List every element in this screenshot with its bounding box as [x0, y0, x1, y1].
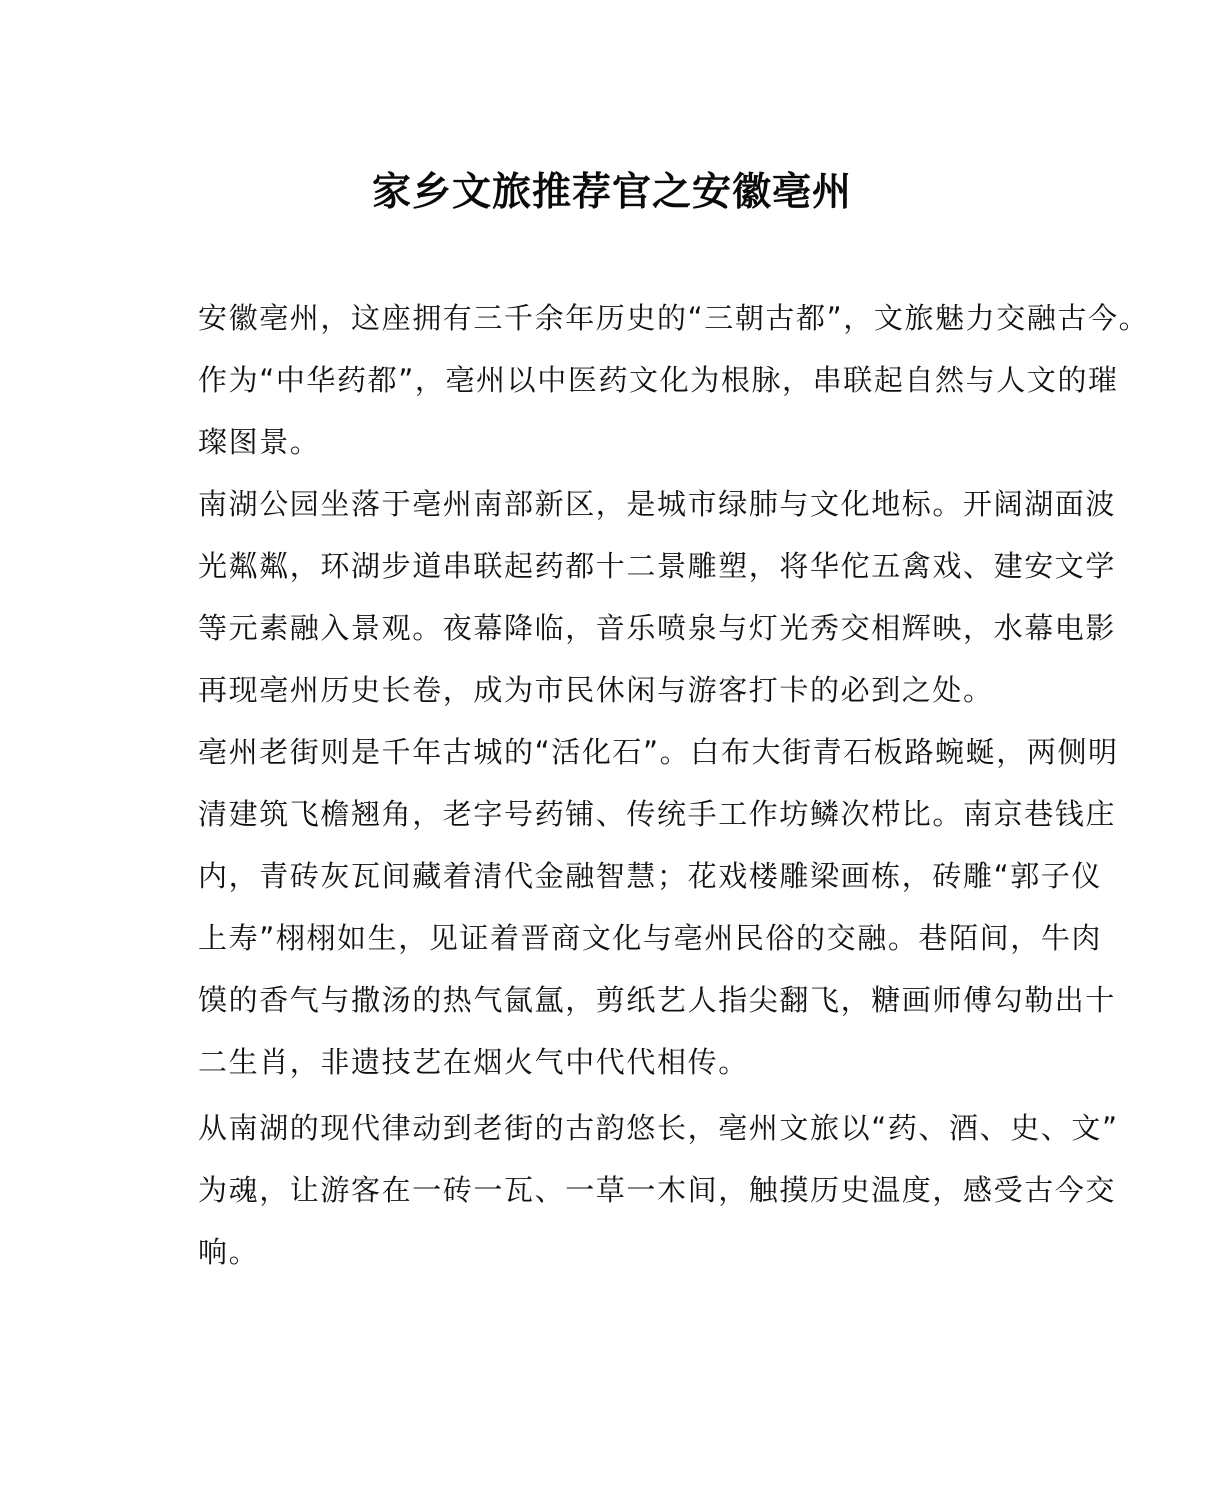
paragraph-line: 璨图景。 [198, 411, 1038, 473]
paragraph-line: 安徽亳州，这座拥有三千余年历史的“三朝古都”，文旅魅力交融古今。 [198, 287, 1038, 349]
paragraph-nanhu-park: 南湖公园坐落于亳州南部新区，是城市绿肺与文化地标。开阔湖面波 光粼粼，环湖步道串… [198, 473, 1038, 721]
paragraph-line: 作为“中华药都”，亳州以中医药文化为根脉，串联起自然与人文的璀 [198, 349, 1038, 411]
paragraph-line: 光粼粼，环湖步道串联起药都十二景雕塑，将华佗五禽戏、建安文学 [198, 535, 1038, 597]
paragraph-line: 亳州老街则是千年古城的“活化石”。白布大街青石板路蜿蜒，两侧明 [198, 721, 1038, 783]
paragraph-line: 南湖公园坐落于亳州南部新区，是城市绿肺与文化地标。开阔湖面波 [198, 473, 1038, 535]
paragraph-line: 上寿”栩栩如生，见证着晋商文化与亳州民俗的交融。巷陌间，牛肉 [198, 907, 1038, 969]
document-body: 安徽亳州，这座拥有三千余年历史的“三朝古都”，文旅魅力交融古今。 作为“中华药都… [198, 287, 1038, 1283]
paragraph-line: 馍的香气与撒汤的热气氤氲，剪纸艺人指尖翻飞，糖画师傅勾勒出十 [198, 969, 1038, 1031]
document-page: 家乡文旅推荐官之安徽亳州 安徽亳州，这座拥有三千余年历史的“三朝古都”，文旅魅力… [0, 0, 1224, 1506]
paragraph-intro: 安徽亳州，这座拥有三千余年历史的“三朝古都”，文旅魅力交融古今。 作为“中华药都… [198, 287, 1038, 473]
paragraph-conclusion: 从南湖的现代律动到老街的古韵悠长，亳州文旅以“药、酒、史、文” 为魂，让游客在一… [198, 1097, 1038, 1283]
paragraph-line: 响。 [198, 1221, 1038, 1283]
paragraph-old-street: 亳州老街则是千年古城的“活化石”。白布大街青石板路蜿蜒，两侧明 清建筑飞檐翘角，… [198, 721, 1038, 1093]
paragraph-line: 从南湖的现代律动到老街的古韵悠长，亳州文旅以“药、酒、史、文” [198, 1097, 1038, 1159]
paragraph-line: 再现亳州历史长卷，成为市民休闲与游客打卡的必到之处。 [198, 659, 1038, 721]
paragraph-line: 为魂，让游客在一砖一瓦、一草一木间，触摸历史温度，感受古今交 [198, 1159, 1038, 1221]
paragraph-line: 二生肖，非遗技艺在烟火气中代代相传。 [198, 1031, 1038, 1093]
paragraph-line: 内，青砖灰瓦间藏着清代金融智慧；花戏楼雕梁画栋，砖雕“郭子仪 [198, 845, 1038, 907]
document-title: 家乡文旅推荐官之安徽亳州 [0, 165, 1224, 221]
paragraph-line: 清建筑飞檐翘角，老字号药铺、传统手工作坊鳞次栉比。南京巷钱庄 [198, 783, 1038, 845]
paragraph-line: 等元素融入景观。夜幕降临，音乐喷泉与灯光秀交相辉映，水幕电影 [198, 597, 1038, 659]
